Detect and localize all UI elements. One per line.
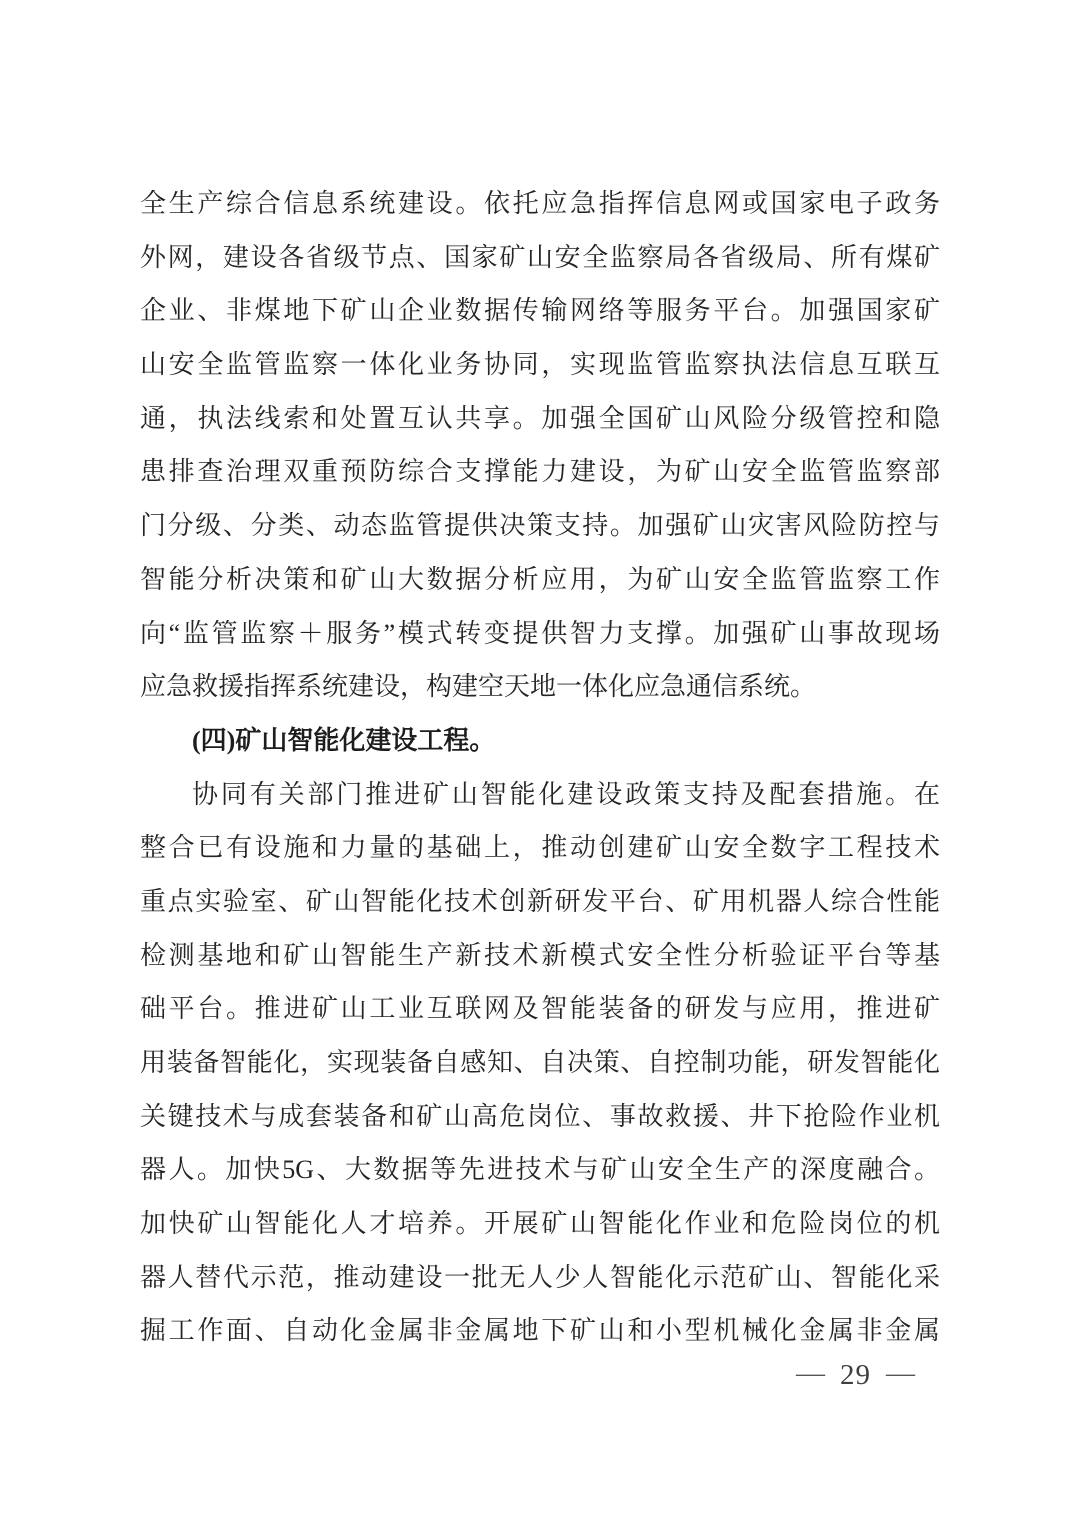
body-text-line: 山安全监管监察一体化业务协同，实现监管监察执法信息互联互: [140, 338, 940, 392]
body-text-line: 检测基地和矿山智能生产新技术新模式安全性分析验证平台等基: [140, 929, 940, 983]
body-text-line: 础平台。推进矿山工业互联网及智能装备的研发与应用，推进矿: [140, 982, 940, 1036]
footer-left-dash: —: [796, 1354, 825, 1392]
body-text-line: 整合已有设施和力量的基础上，推动创建矿山安全数字工程技术: [140, 821, 940, 875]
body-text-line: 协同有关部门推进矿山智能化建设政策支持及配套措施。在: [140, 768, 940, 822]
body-text-line: 加快矿山智能化人才培养。开展矿山智能化作业和危险岗位的机: [140, 1197, 940, 1251]
document-page: 全生产综合信息系统建设。依托应急指挥信息网或国家电子政务外网，建设各省级节点、国…: [0, 0, 1080, 1528]
body-text-line: 器人。加快5G、大数据等先进技术与矿山安全生产的深度融合。: [140, 1143, 940, 1197]
body-text-line: 门分级、分类、动态监管提供决策支持。加强矿山灾害风险防控与: [140, 499, 940, 553]
body-text-line: 应急救援指挥系统建设，构建空天地一体化应急通信系统。: [140, 660, 940, 714]
footer-right-dash: —: [886, 1354, 915, 1392]
body-text-line: 外网，建设各省级节点、国家矿山安全监察局各省级局、所有煤矿: [140, 231, 940, 285]
text-block: 全生产综合信息系统建设。依托应急指挥信息网或国家电子政务外网，建设各省级节点、国…: [140, 177, 940, 1358]
body-text-line: 重点实验室、矿山智能化技术创新研发平台、矿用机器人综合性能: [140, 875, 940, 929]
body-text-line: 向“监管监察＋服务”模式转变提供智力支撑。加强矿山事故现场: [140, 607, 940, 661]
body-text-line: 掘工作面、自动化金属非金属地下矿山和小型机械化金属非金属: [140, 1304, 940, 1358]
body-text-line: 全生产综合信息系统建设。依托应急指挥信息网或国家电子政务: [140, 177, 940, 231]
body-text-line: 通，执法线索和处置互认共享。加强全国矿山风险分级管控和隐: [140, 392, 940, 446]
body-text-line: 患排查治理双重预防综合支撑能力建设，为矿山安全监管监察部: [140, 445, 940, 499]
body-text-line: 企业、非煤地下矿山企业数据传输网络等服务平台。加强国家矿: [140, 284, 940, 338]
section-heading-line: (四)矿山智能化建设工程。: [140, 714, 940, 768]
body-text-line: 用装备智能化，实现装备自感知、自决策、自控制功能，研发智能化: [140, 1036, 940, 1090]
page-footer: — 29 —: [796, 1356, 915, 1394]
body-text-line: 智能分析决策和矿山大数据分析应用，为矿山安全监管监察工作: [140, 553, 940, 607]
body-text-line: 器人替代示范，推动建设一批无人少人智能化示范矿山、智能化采: [140, 1251, 940, 1305]
body-text-line: 关键技术与成套装备和矿山高危岗位、事故救援、井下抢险作业机: [140, 1090, 940, 1144]
page-number: 29: [840, 1356, 871, 1394]
